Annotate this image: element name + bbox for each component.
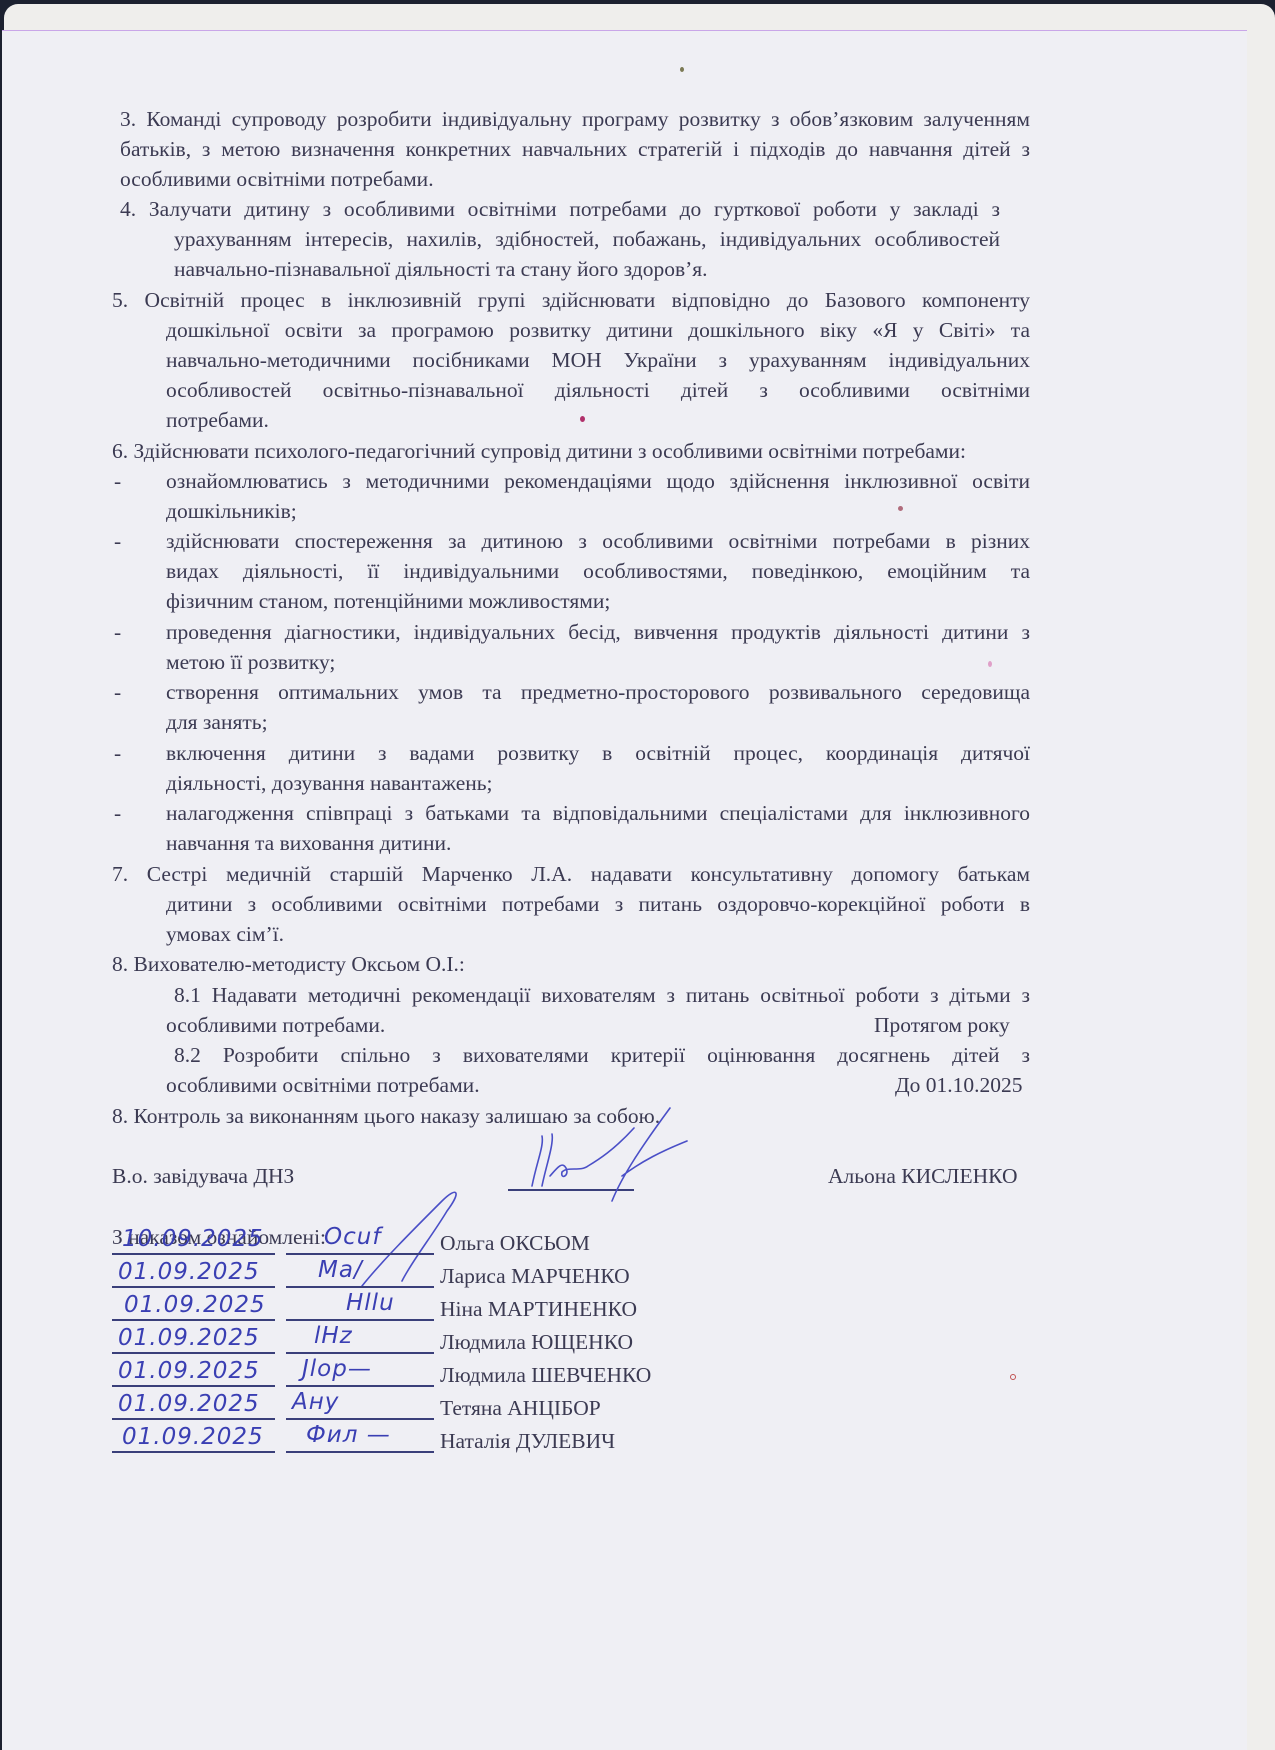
signature-underline — [286, 1418, 434, 1420]
item-5-line-3: навчально-методичними посібниками МОН Ук… — [166, 345, 1030, 375]
ack-signature-icon: Ocuf — [324, 1224, 381, 1250]
item-8-heading: 8. Вихователю-методисту Оксьом О.І.: — [112, 949, 465, 979]
ack-name: Ніна МАРТИНЕНКО — [440, 1297, 637, 1322]
ack-signature-icon: Jlop— — [302, 1356, 372, 1382]
signature-underline — [286, 1451, 434, 1453]
bullet-5-line-2: діяльності, дозування навантажень; — [166, 768, 493, 798]
bullet-6-line-2: навчання та виховання дитини. — [166, 828, 451, 858]
ack-signature-icon: Фил — — [306, 1422, 391, 1448]
item-5-line-2: дошкільної освіти за програмою розвитку … — [166, 315, 1030, 345]
ack-name: Тетяна АНЦІБОР — [440, 1396, 601, 1421]
ack-signature-icon: Ану — [292, 1389, 339, 1415]
item-8-1-line-1: 8.1 Надавати методичні рекомендації вихо… — [174, 980, 1030, 1010]
item-7-line-3: умовах сім’ї. — [166, 919, 284, 949]
ack-signature-icon: Hllu — [346, 1290, 395, 1316]
ack-name: Лариса МАРЧЕНКО — [440, 1264, 630, 1289]
bullet-2-line-2: видах діяльності, її індивідуальними осо… — [166, 556, 1030, 586]
date-underline — [112, 1385, 275, 1387]
item-4-line-1: 4. Залучати дитину з особливими освітнім… — [120, 194, 1000, 224]
ack-date: 01.09.2025 — [118, 1259, 260, 1285]
item-3-line-3: особливими освітніми потребами. — [120, 164, 434, 194]
signatory-name: Альона КИСЛЕНКО — [828, 1161, 1017, 1191]
signature-underline — [286, 1253, 434, 1255]
bullet-2-line-1: здійснювати спостереження за дитиною з о… — [166, 526, 1030, 556]
bullet-4-line-1: створення оптимальних умов та предметно-… — [166, 677, 1030, 707]
ack-date: 01.09.2025 — [122, 1424, 264, 1450]
ack-name: Людмила ЮЩЕНКО — [440, 1330, 633, 1355]
scan-speck — [1010, 1374, 1016, 1380]
ack-signature-icon: Ma/ — [318, 1257, 363, 1283]
bullet-2-line-3: фізичним станом, потенційними можливостя… — [166, 586, 610, 616]
signature-underline — [286, 1385, 434, 1387]
ack-name: Наталія ДУЛЕВИЧ — [440, 1429, 615, 1454]
item-8-2-line-1: 8.2 Розробити спільно з вихователями кри… — [174, 1040, 1030, 1070]
signature-underline — [286, 1352, 434, 1354]
item-5-line-1: 5. Освітній процес в інклюзивній групі з… — [112, 285, 1030, 315]
date-underline — [112, 1319, 275, 1321]
signature-underline — [286, 1319, 434, 1321]
ack-date: 10.09.2025 — [122, 1226, 264, 1252]
bullet-3-line-2: метою її розвитку; — [166, 647, 335, 677]
item-3-line-2: батьків, з метою визначення конкретних н… — [120, 134, 1030, 164]
bullet-marker: - — [114, 677, 121, 707]
bullet-marker: - — [114, 526, 121, 556]
ack-name: Людмила ШЕВЧЕНКО — [440, 1363, 651, 1388]
ack-name: Ольга ОКСЬОМ — [440, 1231, 590, 1256]
director-signature-icon — [502, 1106, 702, 1206]
item-5-line-4: особливостей освітньо-пізнавальної діяль… — [166, 375, 1030, 405]
signatory-position: В.о. завідувача ДНЗ — [112, 1161, 294, 1191]
bullet-6-line-1: налагодження співпраці з батьками та від… — [166, 798, 1030, 828]
ack-date: 01.09.2025 — [118, 1358, 260, 1384]
bullet-1-line-2: дошкільників; — [166, 496, 297, 526]
item-8-1-deadline: Протягом року — [874, 1010, 1010, 1040]
bullet-5-line-1: включення дитини з вадами розвитку в осв… — [166, 738, 1030, 768]
scan-speck — [580, 416, 585, 422]
bullet-3-line-1: проведення діагностики, індивідуальних б… — [166, 617, 1030, 647]
date-underline — [112, 1418, 275, 1420]
item-3-line-1: 3. Команді супроводу розробити індивідуа… — [120, 104, 1030, 134]
item-7-line-1: 7. Сестрі медичній старшій Марченко Л.А.… — [112, 859, 1030, 889]
bullet-marker: - — [114, 738, 121, 768]
ack-date: 01.09.2025 — [124, 1292, 266, 1318]
ack-date: 01.09.2025 — [118, 1325, 260, 1351]
item-6-heading: 6. Здійснювати психолого-педагогічний су… — [112, 436, 966, 466]
item-5-line-5: потребами. — [166, 405, 269, 435]
scan-speck — [988, 661, 992, 667]
date-underline — [112, 1451, 275, 1453]
date-underline — [112, 1286, 275, 1288]
signature-underline — [286, 1286, 434, 1288]
scan-speck — [680, 67, 684, 72]
bullet-4-line-2: для занять; — [166, 707, 268, 737]
date-underline — [112, 1352, 275, 1354]
item-8-1-line-2: особливими потребами. — [166, 1010, 385, 1040]
ack-signature-icon: lHz — [314, 1323, 353, 1349]
item-4-line-3: навчально-пізнавальної діяльності та ста… — [174, 254, 708, 284]
scan-speck — [898, 506, 903, 511]
item-8-2-line-2: особливими освітніми потребами. — [166, 1070, 480, 1100]
item-7-line-2: дитини з особливими освітніми потребами … — [166, 889, 1030, 919]
bullet-1-line-1: ознайомлюватись з методичними рекомендац… — [166, 466, 1030, 496]
date-underline — [112, 1253, 275, 1255]
item-4-line-2: урахуванням інтересів, нахилів, здібност… — [174, 224, 1000, 254]
ack-date: 01.09.2025 — [118, 1391, 260, 1417]
bullet-marker: - — [114, 617, 121, 647]
item-8-2-deadline: До 01.10.2025 — [895, 1070, 1023, 1100]
bullet-marker: - — [114, 466, 121, 496]
bullet-marker: - — [114, 798, 121, 828]
document-page: 3. Команді супроводу розробити індивідуа… — [2, 30, 1247, 1750]
